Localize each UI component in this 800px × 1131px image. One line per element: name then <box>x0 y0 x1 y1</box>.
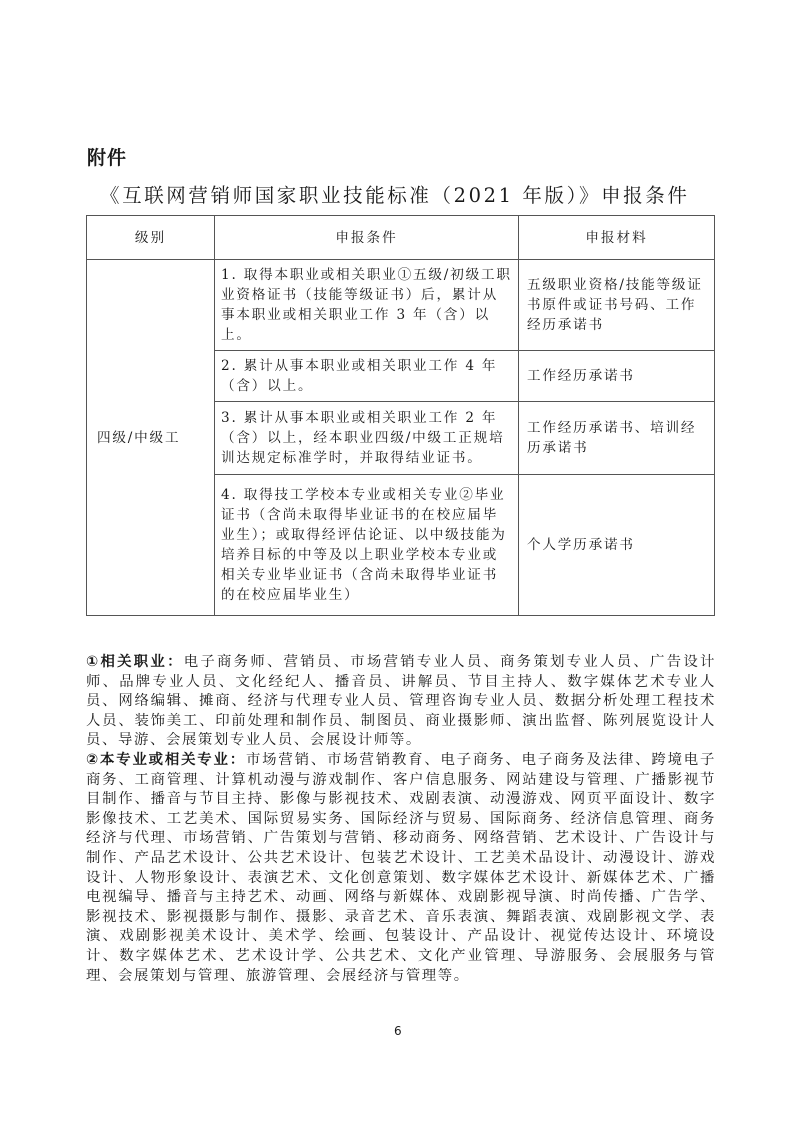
materials-cell: 个人学历承诺书 <box>519 475 715 616</box>
materials-cell: 工作经历承诺书 <box>519 351 715 402</box>
materials-cell: 工作经历承诺书、培训经历承诺书 <box>519 402 715 475</box>
condition-cell: 1. 取得本职业或相关职业①五级/初级工职业资格证书（技能等级证书）后，累计从事… <box>215 260 519 351</box>
table-row: 四级/中级工 1. 取得本职业或相关职业①五级/初级工职业资格证书（技能等级证书… <box>87 260 715 351</box>
condition-cell: 3. 累计从事本职业或相关职业工作 2 年（含）以上，经本职业四级/中级工正规培… <box>215 402 519 475</box>
materials-cell: 五级职业资格/技能等级证书原件或证书号码、工作经历承诺书 <box>519 260 715 351</box>
table-header-row: 级别 申报条件 申报材料 <box>87 216 715 260</box>
footnote-heading: ①相关职业： <box>86 654 184 670</box>
document-title: 《互联网营销师国家职业技能标准（2021 年版）》申报条件 <box>100 180 720 208</box>
condition-cell: 4. 取得技工学校本专业或相关专业②毕业证书（含尚未取得毕业证书的在校应届毕业生… <box>215 475 519 616</box>
header-materials: 申报材料 <box>519 216 715 260</box>
footnote-related-majors: ②本专业或相关专业：市场营销、市场营销教育、电子商务、电子商务及法律、跨境电子商… <box>86 751 716 986</box>
footnote-related-occupations: ①相关职业：电子商务师、营销员、市场营销专业人员、商务策划专业人员、广告设计师、… <box>86 653 716 751</box>
attachment-label: 附件 <box>87 143 127 170</box>
condition-cell: 2. 累计从事本职业或相关职业工作 4 年（含）以上。 <box>215 351 519 402</box>
page-number: 6 <box>394 1024 402 1038</box>
level-cell: 四级/中级工 <box>87 260 215 616</box>
footnotes: ①相关职业：电子商务师、营销员、市场营销专业人员、商务策划专业人员、广告设计师、… <box>86 653 716 986</box>
header-condition: 申报条件 <box>215 216 519 260</box>
footnote-text: 市场营销、市场营销教育、电子商务、电子商务及法律、跨境电子商务、工商管理、计算机… <box>86 752 716 984</box>
footnote-heading: ②本专业或相关专业： <box>86 752 246 768</box>
requirements-table: 级别 申报条件 申报材料 四级/中级工 1. 取得本职业或相关职业①五级/初级工… <box>86 215 715 616</box>
header-level: 级别 <box>87 216 215 260</box>
